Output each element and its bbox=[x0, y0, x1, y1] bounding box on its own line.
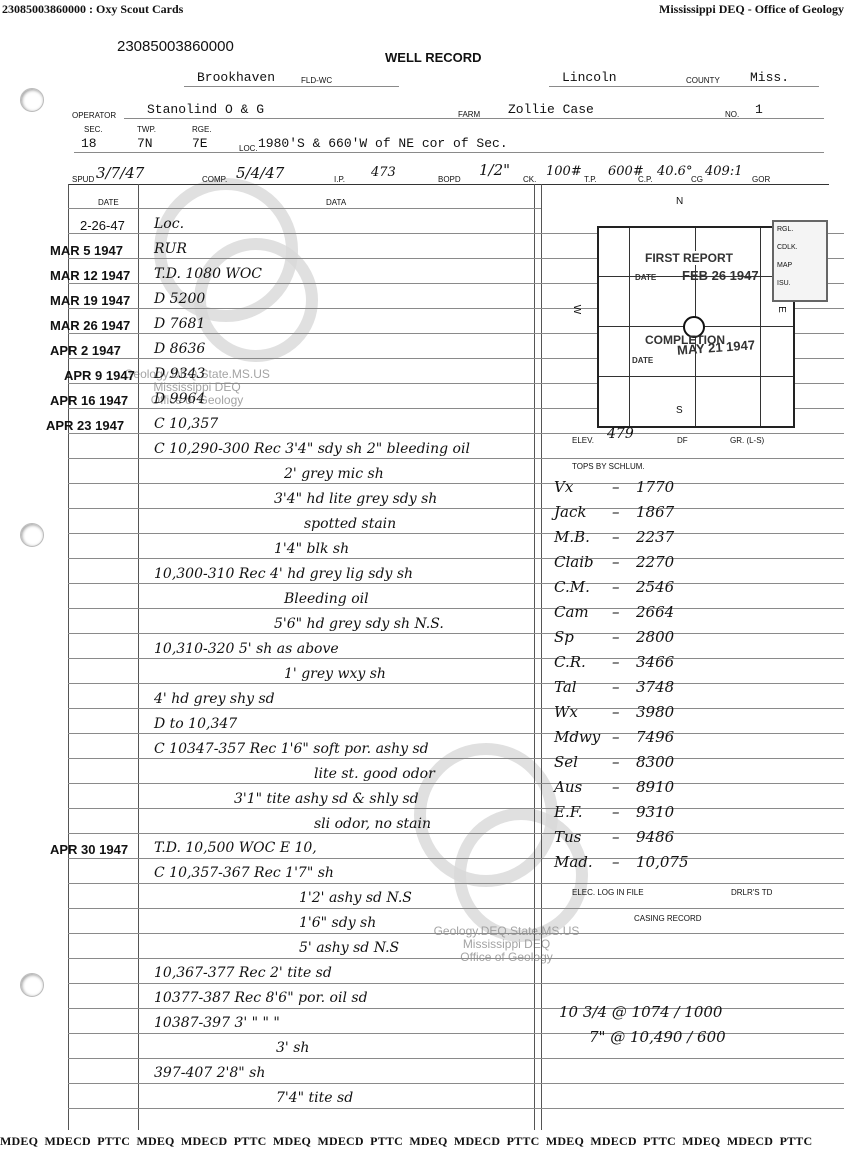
footer-bar: MDEQ MDECD PTTC MDEQ MDECD PTTC MDEQ MDE… bbox=[0, 1134, 850, 1149]
log-entry: D 8636 bbox=[154, 341, 205, 357]
document-id: 23085003860000 : Oxy Scout Cards bbox=[2, 2, 183, 17]
log-date: MAR 12 1947 bbox=[50, 268, 130, 283]
ruled-line bbox=[68, 708, 844, 709]
formation-name: Sp bbox=[554, 628, 574, 646]
first-report-stamp: FIRST REPORT bbox=[645, 251, 733, 265]
log-entry: T.D. 10,500 WOC E 10, bbox=[154, 840, 317, 856]
formation-name: Vx bbox=[554, 478, 573, 496]
ip-value: 473 bbox=[371, 165, 396, 180]
log-date: MAR 26 1947 bbox=[50, 318, 130, 333]
log-entry: C 10,357 bbox=[154, 416, 218, 432]
separator: – bbox=[612, 753, 620, 771]
log-entry: lite st. good odor bbox=[314, 766, 435, 782]
location-value: 1980'S & 660'W of NE cor of Sec. bbox=[258, 136, 508, 151]
separator: – bbox=[612, 678, 620, 696]
separator: – bbox=[612, 503, 620, 521]
formation-name: Sel bbox=[554, 753, 578, 771]
ruled-line bbox=[68, 783, 844, 784]
punch-hole bbox=[20, 523, 44, 547]
ruled-line bbox=[68, 733, 844, 734]
formation-depth: 3748 bbox=[636, 678, 674, 696]
log-entry: T.D. 1080 WOC bbox=[154, 266, 262, 282]
separator: – bbox=[612, 728, 620, 746]
log-date: APR 2 1947 bbox=[50, 343, 121, 358]
elevation-value: 479 bbox=[607, 426, 634, 442]
gor-value: 409:1 bbox=[705, 164, 742, 179]
operator-value: Stanolind O & G bbox=[147, 102, 264, 117]
separator: – bbox=[612, 578, 620, 596]
separator: – bbox=[612, 478, 620, 496]
formation-depth: 3980 bbox=[636, 703, 674, 721]
log-entry: D 7681 bbox=[154, 316, 205, 332]
ruled-line bbox=[68, 758, 844, 759]
separator: – bbox=[612, 553, 620, 571]
log-entry: 10,367-377 Rec 2' tite sd bbox=[154, 965, 332, 981]
formation-name: C.R. bbox=[554, 653, 586, 671]
ruled-line bbox=[68, 658, 844, 659]
formation-depth: 3466 bbox=[636, 653, 674, 671]
ruled-line bbox=[68, 883, 844, 884]
completion-date: 5/4/47 bbox=[236, 164, 284, 182]
routing-label: CDLK. bbox=[777, 244, 798, 251]
formation-depth: 9310 bbox=[636, 803, 674, 821]
watermark-logo bbox=[194, 238, 318, 362]
log-entry: D to 10,347 bbox=[154, 716, 237, 732]
formation-depth: 1770 bbox=[636, 478, 674, 496]
ruled-line bbox=[68, 433, 844, 434]
ruled-line bbox=[68, 633, 844, 634]
log-entry: 10377-387 Rec 8'6" por. oil sd bbox=[154, 990, 368, 1006]
log-entry: 397-407 2'8" sh bbox=[154, 1065, 265, 1081]
spud-date: 3/7/47 bbox=[96, 164, 144, 182]
county-value: Lincoln bbox=[562, 70, 617, 85]
card-title: WELL RECORD bbox=[385, 50, 482, 65]
log-entry: D 9964 bbox=[154, 391, 205, 407]
formation-name: E.F. bbox=[554, 803, 583, 821]
separator: – bbox=[612, 778, 620, 796]
formation-name: Tus bbox=[554, 828, 581, 846]
casing-record-2: 7" @ 10,490 / 600 bbox=[589, 1028, 726, 1046]
formation-depth: 7496 bbox=[636, 728, 674, 746]
well-number: 1 bbox=[755, 102, 763, 117]
formation-name: Claib bbox=[554, 553, 594, 571]
log-entry: 7'4" tite sd bbox=[276, 1090, 353, 1106]
log-entry: RUR bbox=[154, 241, 187, 257]
separator: – bbox=[612, 853, 620, 871]
log-entry: C 10,290-300 Rec 3'4" sdy sh 2" bleeding… bbox=[154, 441, 470, 457]
formation-name: Aus bbox=[554, 778, 582, 796]
formation-name: Jack bbox=[554, 503, 586, 521]
choke-value: 1/2" bbox=[479, 161, 510, 179]
ruled-line bbox=[68, 933, 844, 934]
log-date: APR 16 1947 bbox=[50, 393, 128, 408]
casing-record-1: 10 3/4 @ 1074 / 1000 bbox=[559, 1003, 722, 1021]
log-entry: 3'1" tite ashy sd & shly sd bbox=[234, 791, 419, 807]
ruled-line bbox=[68, 458, 844, 459]
log-entry: 10387-397 3' " " " bbox=[154, 1015, 280, 1031]
formation-depth: 2546 bbox=[636, 578, 674, 596]
log-date: 2-26-47 bbox=[80, 218, 125, 233]
section-map: FIRST REPORT DATE FEB 26 1947 COMPLETION… bbox=[597, 226, 795, 428]
log-entry: 1'2' ashy sd N.S bbox=[299, 890, 412, 906]
log-entry: D 9343 bbox=[154, 366, 205, 382]
header-bar: 23085003860000 : Oxy Scout Cards Mississ… bbox=[0, 0, 850, 18]
log-entry: 10,310-320 5' sh as above bbox=[154, 641, 339, 657]
ruled-line bbox=[68, 508, 844, 509]
ruled-line bbox=[68, 1058, 844, 1059]
ruled-line bbox=[68, 483, 844, 484]
formation-name: Cam bbox=[554, 603, 589, 621]
log-date: APR 23 1947 bbox=[46, 418, 124, 433]
sec-value: 18 bbox=[81, 136, 97, 151]
formation-depth: 2270 bbox=[636, 553, 674, 571]
log-entry: C 10347-357 Rec 1'6" soft por. ashy sd bbox=[154, 741, 429, 757]
log-date: MAR 19 1947 bbox=[50, 293, 130, 308]
log-entry: C 10,357-367 Rec 1'7" sh bbox=[154, 865, 334, 881]
ruled-line bbox=[68, 1033, 844, 1034]
agency-name: Mississippi DEQ - Office of Geology bbox=[659, 2, 844, 17]
log-entry: sli odor, no stain bbox=[314, 816, 431, 832]
separator: – bbox=[612, 603, 620, 621]
log-entry: Bleeding oil bbox=[284, 591, 369, 607]
ruled-line bbox=[68, 583, 844, 584]
ruled-line bbox=[68, 983, 844, 984]
log-entry: 5'6" hd grey sdy sh N.S. bbox=[274, 616, 444, 632]
formation-depth: 8300 bbox=[636, 753, 674, 771]
separator: – bbox=[612, 828, 620, 846]
formation-name: C.M. bbox=[554, 578, 590, 596]
well-record-card: Geology.DEQ.State.MS.USMississippi DEQOf… bbox=[14, 18, 844, 1130]
formation-name: Tal bbox=[554, 678, 577, 696]
api-number: 23085003860000 bbox=[117, 38, 234, 55]
twp-value: 7N bbox=[137, 136, 153, 151]
log-entry: 2' grey mic sh bbox=[284, 466, 384, 482]
punch-hole bbox=[20, 88, 44, 112]
gravity-value: 40.6° bbox=[657, 164, 692, 179]
formation-name: M.B. bbox=[554, 528, 590, 546]
log-entry: 5' ashy sd N.S bbox=[299, 940, 399, 956]
ruled-line bbox=[68, 683, 844, 684]
ruled-line bbox=[68, 858, 844, 859]
log-date: APR 9 1947 bbox=[64, 368, 135, 383]
formation-depth: 9486 bbox=[636, 828, 674, 846]
ruled-line bbox=[68, 958, 844, 959]
routing-stamp: RGL.CDLK.MAPISU. bbox=[772, 220, 828, 302]
log-entry: spotted stain bbox=[304, 516, 396, 532]
log-entry: 4' hd grey shy sd bbox=[154, 691, 275, 707]
ruled-line bbox=[68, 1083, 844, 1084]
routing-label: ISU. bbox=[777, 280, 791, 287]
rge-value: 7E bbox=[192, 136, 208, 151]
first-report-date: FEB 26 1947 bbox=[682, 268, 759, 283]
state-value: Miss. bbox=[750, 70, 789, 85]
farm-value: Zollie Case bbox=[508, 102, 594, 117]
log-date: APR 30 1947 bbox=[50, 842, 128, 857]
formation-depth: 10,075 bbox=[636, 853, 689, 871]
formation-depth: 1867 bbox=[636, 503, 674, 521]
routing-label: RGL. bbox=[777, 226, 793, 233]
tp-value: 100# bbox=[546, 164, 582, 179]
formation-name: Mad. bbox=[554, 853, 593, 871]
ruled-line bbox=[68, 1008, 844, 1009]
log-date: MAR 5 1947 bbox=[50, 243, 123, 258]
ruled-line bbox=[68, 808, 844, 809]
separator: – bbox=[612, 653, 620, 671]
separator: – bbox=[612, 628, 620, 646]
formation-name: Wx bbox=[554, 703, 578, 721]
ruled-line bbox=[68, 608, 844, 609]
formation-depth: 2800 bbox=[636, 628, 674, 646]
log-entry: 3'4" hd lite grey sdy sh bbox=[274, 491, 437, 507]
routing-label: MAP bbox=[777, 262, 792, 269]
field-value: Brookhaven bbox=[197, 70, 275, 85]
log-entry: Loc. bbox=[154, 216, 184, 232]
log-entry: 1'4" blk sh bbox=[274, 541, 349, 557]
ruled-line bbox=[68, 533, 844, 534]
formation-depth: 8910 bbox=[636, 778, 674, 796]
punch-hole bbox=[20, 973, 44, 997]
log-entry: 1'6" sdy sh bbox=[299, 915, 376, 931]
separator: – bbox=[612, 803, 620, 821]
separator: – bbox=[612, 703, 620, 721]
log-entry: 3' sh bbox=[276, 1040, 309, 1056]
log-entry: 10,300-310 Rec 4' hd grey lig sdy sh bbox=[154, 566, 413, 582]
ruled-line bbox=[68, 558, 844, 559]
formation-depth: 2237 bbox=[636, 528, 674, 546]
separator: – bbox=[612, 528, 620, 546]
log-entry: D 5200 bbox=[154, 291, 205, 307]
log-entry: 1' grey wxy sh bbox=[284, 666, 386, 682]
ruled-line bbox=[68, 1108, 844, 1109]
ruled-line bbox=[68, 908, 844, 909]
formation-depth: 2664 bbox=[636, 603, 674, 621]
ruled-line bbox=[68, 833, 844, 834]
formation-name: Mdwy bbox=[554, 728, 600, 746]
